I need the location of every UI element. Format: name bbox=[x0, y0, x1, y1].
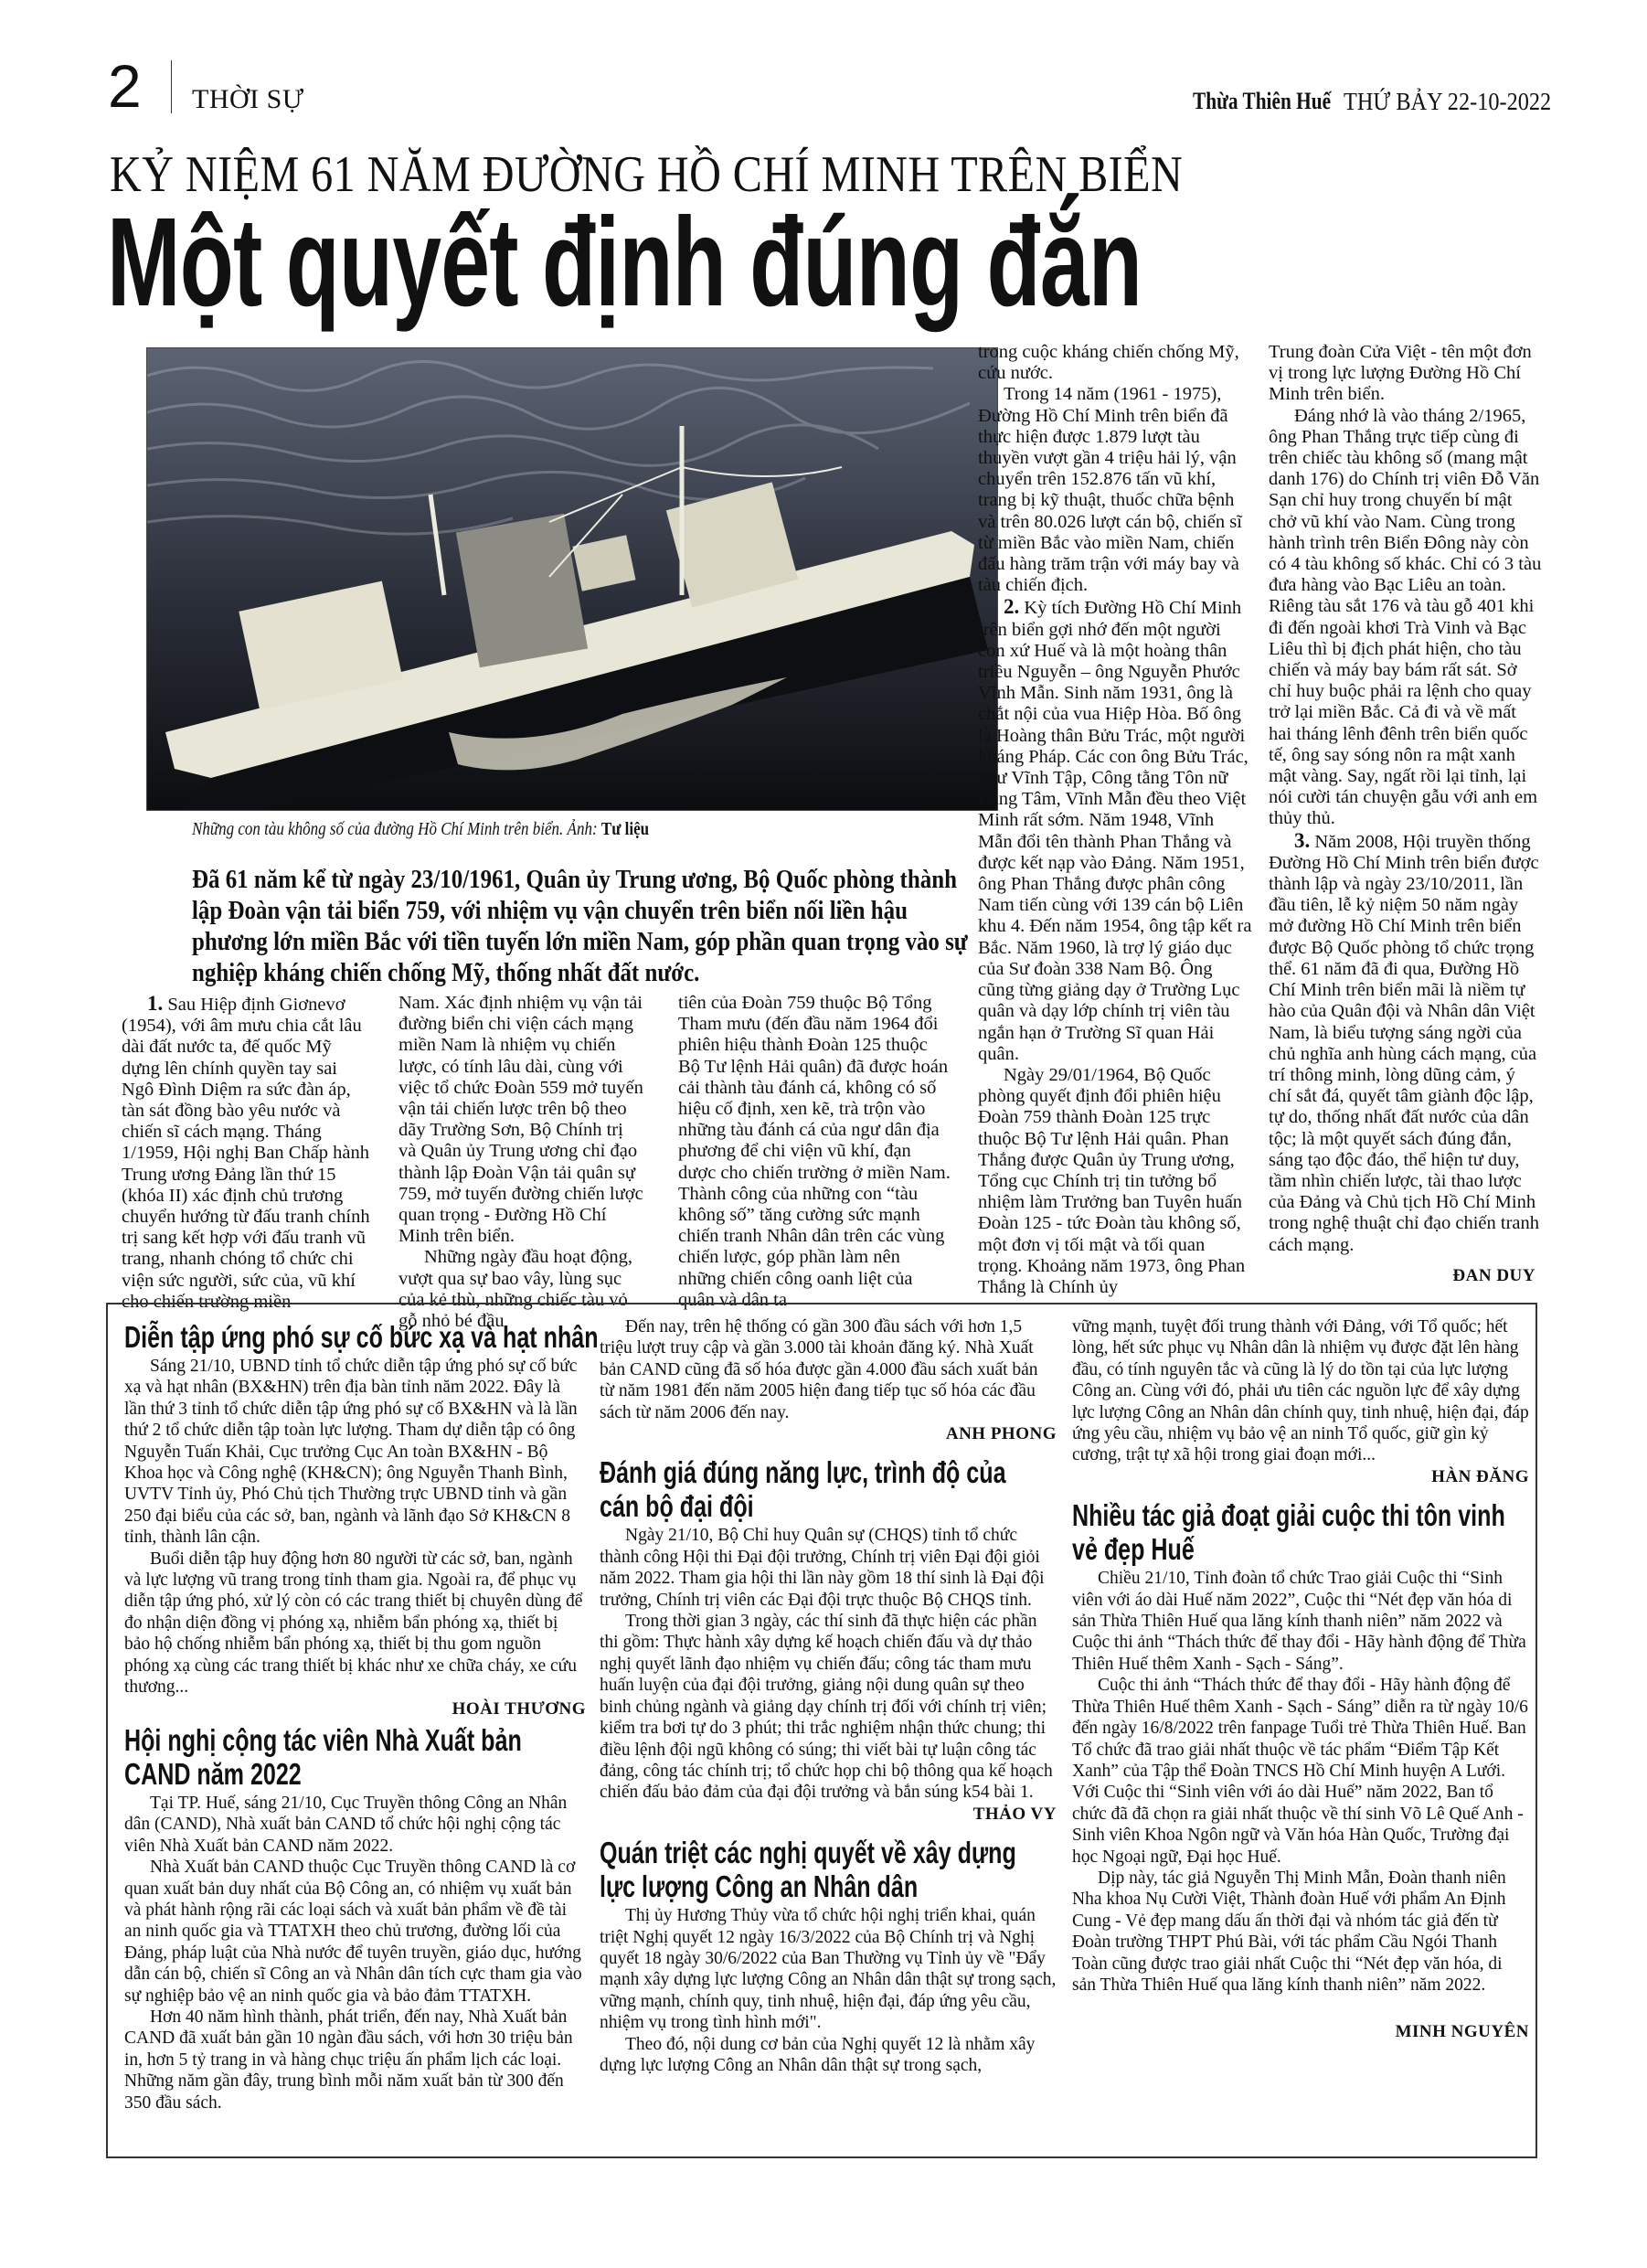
article-lead: Đã 61 năm kể từ ngày 23/10/1961, Quân ủy… bbox=[192, 864, 978, 988]
paragraph: Sáng 21/10, UBND tỉnh tổ chức diễn tập ứ… bbox=[124, 1356, 586, 1549]
news-box-column-3: vững mạnh, tuyệt đối trung thành với Đản… bbox=[1072, 1316, 1529, 2043]
continued-text: vững mạnh, tuyệt đối trung thành với Đản… bbox=[1072, 1316, 1529, 1466]
paragraph: Thị ủy Hương Thủy vừa tổ chức hội nghị t… bbox=[600, 1905, 1057, 2033]
article-column-4: trong cuộc kháng chiến chống Mỹ, cứu nướ… bbox=[978, 342, 1252, 1298]
news-headline: Quán triệt các nghị quyết về xây dựng lự… bbox=[600, 1836, 1044, 1903]
photo-caption: Những con tàu không số của đường Hồ Chí … bbox=[192, 819, 649, 840]
news-headline: Hội nghị cộng tác viên Nhà Xuất bản CAND… bbox=[124, 1723, 576, 1791]
paragraph: Trong thời gian 3 ngày, các thí sinh đã … bbox=[600, 1611, 1057, 1804]
news-headline: Nhiều tác giả đoạt giải cuộc thi tôn vin… bbox=[1072, 1498, 1516, 1566]
paragraph: Nhà Xuất bản CAND thuộc Cục Truyền thông… bbox=[124, 1857, 586, 2007]
paragraph: Chiều 21/10, Tỉnh đoàn tổ chức Trao giải… bbox=[1072, 1568, 1529, 1675]
paragraph: Hơn 40 năm hình thành, phát triển, đến n… bbox=[124, 2007, 586, 2114]
masthead: Thừa Thiên Huế bbox=[1193, 88, 1331, 115]
paragraph: Trung đoàn Cửa Việt - tên một đơn vị tro… bbox=[1269, 342, 1543, 406]
news-byline: MINH NGUYÊN bbox=[1072, 2021, 1529, 2042]
caption-text: Những con tàu không số của đường Hồ Chí … bbox=[192, 819, 598, 839]
paragraph: Theo đó, nội dung cơ bản của Nghị quyết … bbox=[600, 2034, 1057, 2077]
ship-image-icon bbox=[147, 348, 997, 810]
photo-credit: Tư liệu bbox=[601, 819, 649, 839]
paragraph: Ngày 21/10, Bộ Chỉ huy Quân sự (CHQS) tỉ… bbox=[600, 1525, 1057, 1611]
section-number: 1. bbox=[147, 992, 163, 1015]
paragraph: Nam. Xác định nhiệm vụ vận tải đường biể… bbox=[398, 993, 645, 1247]
article-column-2: Nam. Xác định nhiệm vụ vận tải đường biể… bbox=[398, 993, 645, 1332]
paragraph: Trong 14 năm (1961 - 1975), Đường Hồ Chí… bbox=[978, 384, 1252, 596]
article-byline: ĐAN DUY bbox=[1269, 1266, 1535, 1286]
paragraph: Buổi diễn tập huy động hơn 80 người từ c… bbox=[124, 1549, 586, 1698]
article-headline: Một quyết định đúng đắn bbox=[107, 194, 1142, 331]
news-box-column-2: Đến nay, trên hệ thống có gần 300 đầu sá… bbox=[600, 1316, 1057, 2076]
paragraph: 2. Kỳ tích Đường Hồ Chí Minh trên biển g… bbox=[978, 596, 1252, 1064]
paragraph: Đáng nhớ là vào tháng 2/1965, ông Phan T… bbox=[1269, 406, 1543, 830]
header-divider bbox=[171, 60, 172, 113]
section-number: 2. bbox=[1004, 595, 1019, 618]
paragraph-text: Sau Hiệp định Giơnevơ (1954), với âm mưu… bbox=[122, 995, 370, 1312]
paragraph: 1. Sau Hiệp định Giơnevơ (1954), với âm … bbox=[122, 993, 373, 1313]
article-column-1: 1. Sau Hiệp định Giơnevơ (1954), với âm … bbox=[122, 993, 373, 1313]
news-box-column-1: Diễn tập ứng phó sự cố bức xạ và hạt nhâ… bbox=[124, 1316, 586, 2114]
page-number: 2 bbox=[108, 53, 142, 119]
paragraph: Ngày 29/01/1964, Bộ Quốc phòng quyết địn… bbox=[978, 1065, 1252, 1298]
news-headline: Diễn tập ứng phó sự cố bức xạ và hạt nhâ… bbox=[124, 1320, 475, 1354]
paragraph: Dịp này, tác giả Nguyễn Thị Minh Mẫn, Đo… bbox=[1072, 1868, 1529, 1996]
news-byline: ANH PHONG bbox=[600, 1423, 1057, 1444]
paragraph: Đến nay, trên hệ thống có gần 300 đầu sá… bbox=[600, 1316, 1057, 1423]
paragraph-text: Năm 2008, Hội truyền thống Đường Hồ Chí … bbox=[1269, 832, 1539, 1255]
dateline: THỨ BẢY 22-10-2022 bbox=[1344, 88, 1551, 116]
paragraph: 3. Năm 2008, Hội truyền thống Đường Hồ C… bbox=[1269, 830, 1543, 1256]
article-column-3: tiên của Đoàn 759 thuộc Bộ Tổng Tham mưu… bbox=[678, 993, 951, 1311]
news-byline: HÀN ĐĂNG bbox=[1072, 1466, 1529, 1487]
section-label: THỜI SỰ bbox=[192, 84, 304, 115]
news-byline: HOÀI THƯƠNG bbox=[124, 1698, 586, 1720]
paragraph: trong cuộc kháng chiến chống Mỹ, cứu nướ… bbox=[978, 342, 1252, 384]
paragraph: Tại TP. Huế, sáng 21/10, Cục Truyền thôn… bbox=[124, 1793, 586, 1857]
section-number: 3. bbox=[1294, 829, 1310, 852]
paragraph-text: Kỳ tích Đường Hồ Chí Minh trên biển gợi … bbox=[978, 598, 1251, 1063]
paragraph: Cuộc thi ảnh “Thách thức để thay đổi - H… bbox=[1072, 1675, 1529, 1868]
article-column-5: Trung đoàn Cửa Việt - tên một đơn vị tro… bbox=[1269, 342, 1543, 1256]
ship-photo bbox=[146, 347, 998, 811]
news-headline: Đánh giá đúng năng lực, trình độ của cán… bbox=[600, 1455, 1044, 1523]
news-byline: THẢO VY bbox=[600, 1804, 1057, 1825]
paragraph: tiên của Đoàn 759 thuộc Bộ Tổng Tham mưu… bbox=[678, 993, 951, 1311]
